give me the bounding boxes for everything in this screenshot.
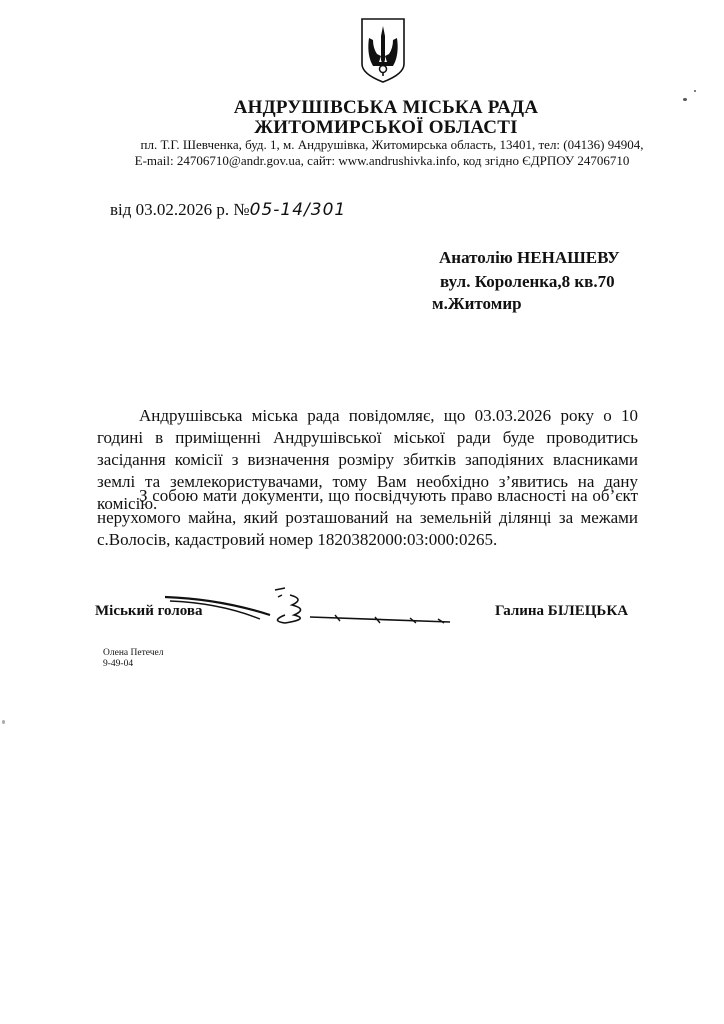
handwritten-reference-number: 05-14/301	[250, 200, 347, 220]
scan-speck	[683, 98, 687, 101]
executor-phone: 9-49-04	[103, 659, 163, 670]
reference-date: від 03.02.2026 р. №	[110, 200, 250, 219]
organization-address: пл. Т.Г. Шевченка, буд. 1, м. Андрушівка…	[30, 137, 724, 153]
addressee-street: вул. Короленка,8 кв.70	[440, 270, 615, 294]
organization-region: ЖИТОМИРСЬКОЇ ОБЛАСТІ	[24, 118, 724, 138]
body-paragraph-2: З собою мати документи, що посвідчують п…	[97, 485, 638, 551]
document-reference: від 03.02.2026 р. №05-14/301	[110, 200, 346, 220]
scan-speck	[2, 720, 5, 724]
organization-contacts: E-mail: 24706710@andr.gov.ua, сайт: www.…	[20, 153, 724, 169]
signatory-name: Галина БІЛЕЦЬКА	[495, 603, 628, 620]
addressee-name: Анатолію НЕНАШЕВУ	[439, 246, 620, 270]
signatory-title: Міський голова	[95, 603, 202, 620]
executor-name: Олена Петечел	[103, 648, 163, 659]
addressee-city: м.Житомир	[432, 292, 522, 316]
organization-name: АНДРУШІВСЬКА МІСЬКА РАДА	[24, 98, 724, 118]
coat-of-arms-icon	[359, 16, 407, 84]
paragraph-text: З собою мати документи, що посвідчують п…	[97, 485, 638, 551]
scan-speck	[694, 90, 696, 92]
handwritten-signature	[160, 585, 460, 635]
executor-info: Олена Петечел 9-49-04	[103, 648, 163, 670]
